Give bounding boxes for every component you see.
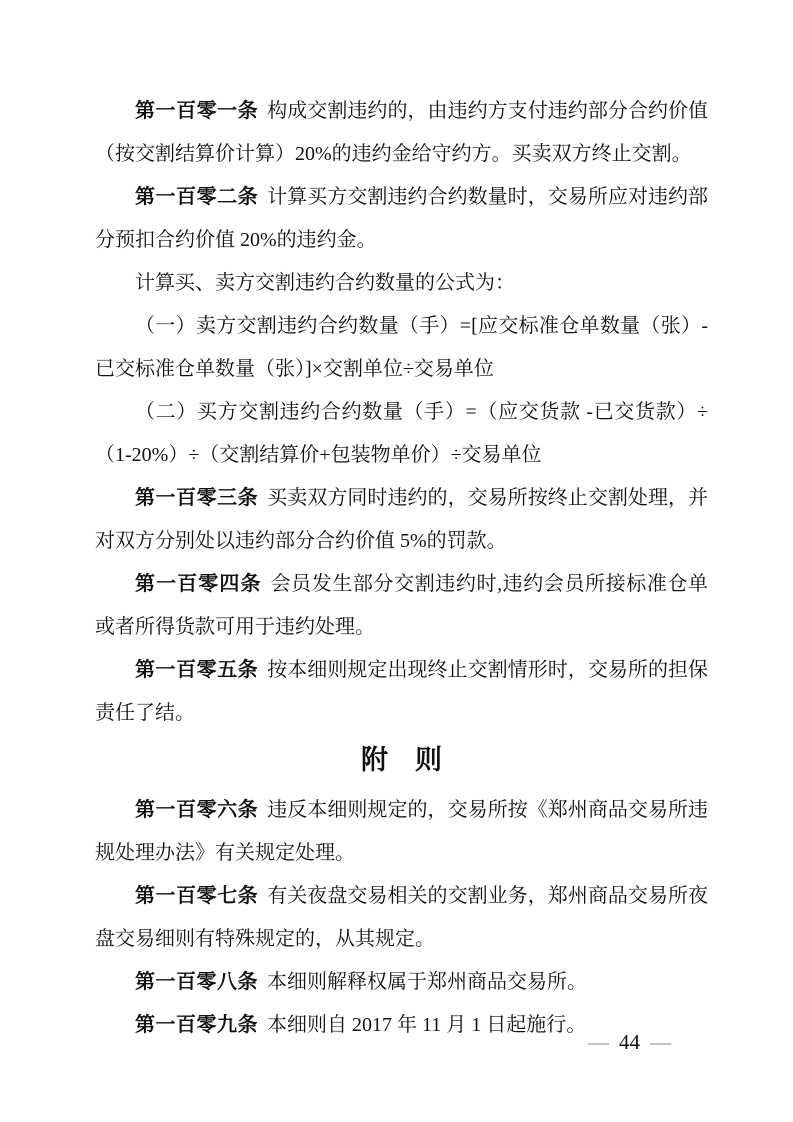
document-body: 第一百零一条构成交割违约的，由违约方支付违约部分合约价值（按交割结算价计算）20… (95, 90, 708, 1047)
section-heading-supplementary-provisions: 附 则 (95, 738, 708, 783)
document-page: 第一百零一条构成交割违约的，由违约方支付违约部分合约价值（按交割结算价计算）20… (0, 0, 793, 1122)
article-number-105: 第一百零五条 (135, 659, 258, 681)
article-number-106: 第一百零六条 (135, 799, 258, 821)
paragraph-article-104: 第一百零四条会员发生部分交割违约时,违约会员所接标准仓单或者所得货款可用于违约处… (95, 563, 708, 649)
article-number-102: 第一百零二条 (135, 186, 258, 208)
paragraph-article-105: 第一百零五条按本细则规定出现终止交割情形时，交易所的担保责任了结。 (95, 649, 708, 735)
article-text-109: 本细则自 2017 年 11 月 1 日起施行。 (267, 1014, 586, 1036)
article-number-109: 第一百零九条 (135, 1014, 258, 1036)
page-footer: —44— (582, 1028, 677, 1056)
article-number-101: 第一百零一条 (135, 100, 258, 122)
article-number-108: 第一百零八条 (135, 971, 258, 993)
formula-buyer-text: （二）买方交割违约合约数量（手）=（应交货款 -已交货款）÷（1-20%）÷（交… (95, 401, 708, 466)
paragraph-formula-seller: （一）卖方交割违约合约数量（手）=[应交标准仓单数量（张）-已交标准仓单数量（张… (95, 305, 708, 391)
paragraph-article-101: 第一百零一条构成交割违约的，由违约方支付违约部分合约价值（按交割结算价计算）20… (95, 90, 708, 176)
paragraph-article-107: 第一百零七条有关夜盘交易相关的交割业务，郑州商品交易所夜盘交易细则有特殊规定的，… (95, 875, 708, 961)
page-number: 44 (615, 1030, 644, 1054)
paragraph-article-108: 第一百零八条本细则解释权属于郑州商品交易所。 (95, 961, 708, 1004)
footer-dash-left: — (582, 1030, 615, 1054)
formula-seller-text: （一）卖方交割违约合约数量（手）=[应交标准仓单数量（张）-已交标准仓单数量（张… (95, 315, 708, 380)
paragraph-article-102: 第一百零二条计算买方交割违约合约数量时，交易所应对违约部分预扣合约价值 20%的… (95, 176, 708, 262)
article-number-103: 第一百零三条 (135, 487, 258, 509)
article-text-108: 本细则解释权属于郑州商品交易所。 (267, 971, 587, 993)
paragraph-formula-buyer: （二）买方交割违约合约数量（手）=（应交货款 -已交货款）÷（1-20%）÷（交… (95, 391, 708, 477)
article-number-104: 第一百零四条 (135, 573, 262, 595)
paragraph-formula-intro: 计算买、卖方交割违约合约数量的公式为： (95, 262, 708, 305)
paragraph-article-106: 第一百零六条违反本细则规定的，交易所按《郑州商品交易所违规处理办法》有关规定处理… (95, 789, 708, 875)
paragraph-article-103: 第一百零三条买卖双方同时违约的，交易所按终止交割处理，并对双方分别处以违约部分合… (95, 477, 708, 563)
formula-intro-text: 计算买、卖方交割违约合约数量的公式为： (135, 272, 515, 294)
article-number-107: 第一百零七条 (135, 885, 258, 907)
footer-dash-right: — (644, 1030, 677, 1054)
